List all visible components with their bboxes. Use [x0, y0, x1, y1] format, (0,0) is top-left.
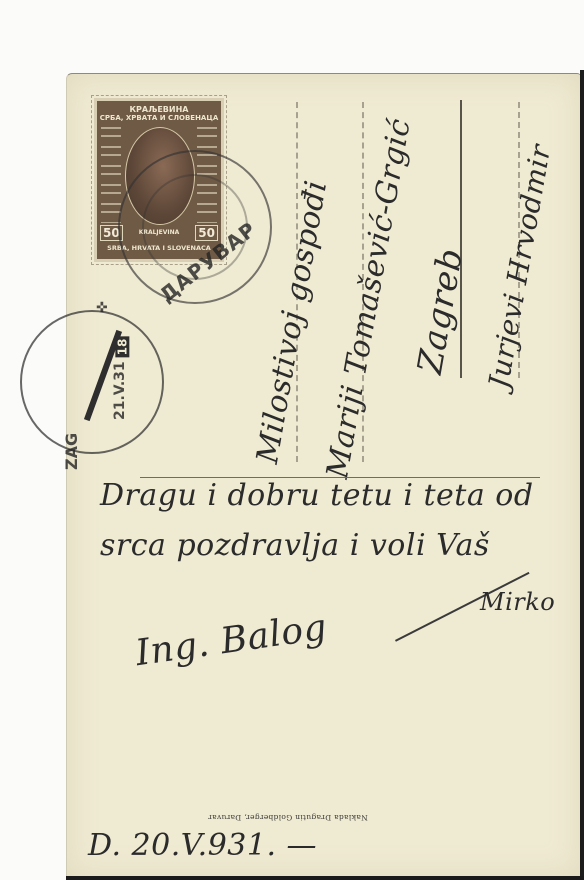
- handwritten-date: D. 20.V.931. —: [88, 828, 317, 863]
- postmark-zagreb: [20, 310, 164, 454]
- postmark-cross-icon: ✜: [96, 300, 108, 316]
- postmark-zagreb-town: ZAG: [62, 433, 81, 470]
- stamp-top-line-1: КРАЉЕВИНА: [97, 105, 221, 114]
- message-line-2: srca pozdravlja i voli Vaš: [100, 528, 490, 563]
- stamp-ornament-left: [101, 127, 121, 223]
- message-line-1: Dragu i dobru tetu i teta od: [100, 478, 534, 513]
- postmark-zagreb-suffix: 18: [115, 337, 129, 358]
- publisher-imprint: Naklada Dragutin Goldberger, Daruvar: [208, 813, 368, 822]
- address-underline-city: [460, 100, 462, 378]
- scan-edge-right: [580, 70, 584, 880]
- stamp-top-line-2: СРБА, ХРВАТА И СЛОВЕНАЦА: [97, 114, 221, 122]
- scan-edge-bottom: [66, 876, 584, 880]
- postmark-zagreb-date: 21.V.31: [112, 361, 128, 420]
- signature-1: Mirko: [480, 588, 555, 616]
